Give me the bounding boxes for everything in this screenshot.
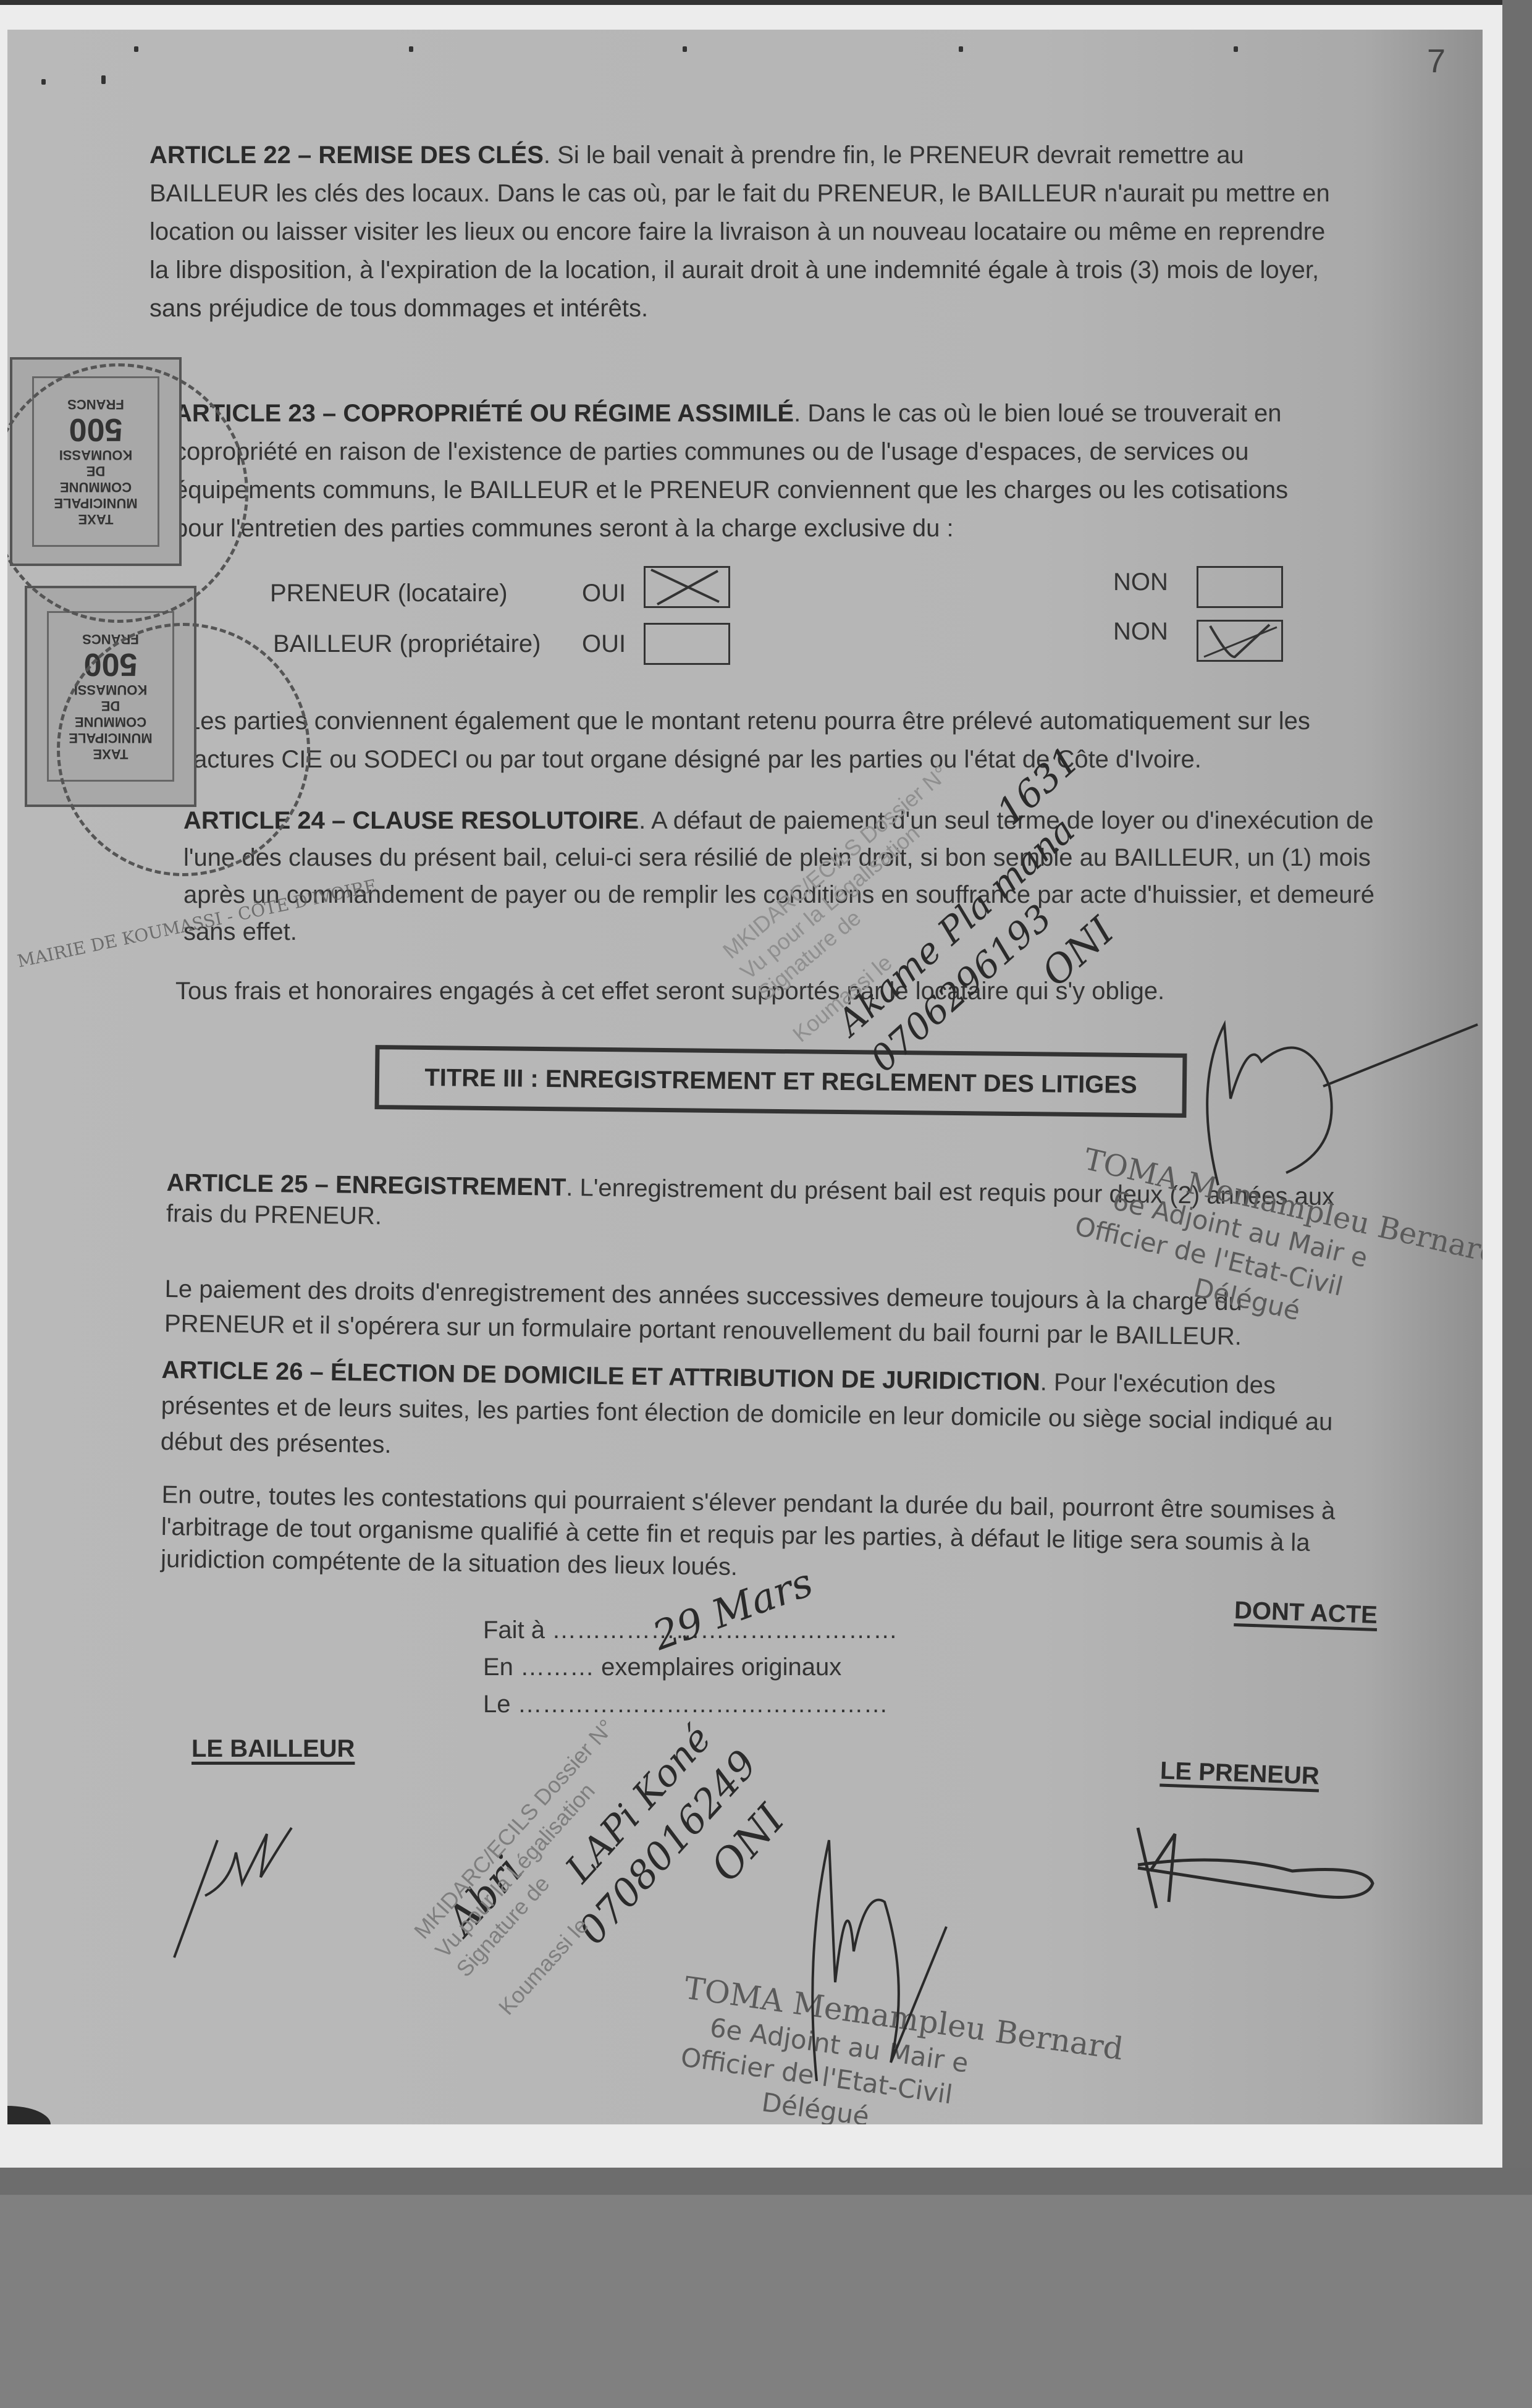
preneur-non-checkbox[interactable] — [1197, 566, 1283, 608]
article-23-line: copropriété en raison de l'existence de … — [174, 433, 1453, 471]
article-26: ARTICLE 26 – ÉLECTION DE DOMICILE ET ATT… — [161, 1352, 1422, 1477]
article-23-heading: ARTICLE 23 – COPROPRIÉTÉ OU RÉGIME ASSIM… — [174, 400, 794, 427]
scan-dot — [409, 46, 413, 52]
check-mark-icon — [645, 567, 728, 606]
scanner-edge-bottom — [0, 2168, 1532, 2195]
article-22-line: la libre disposition, à l'expiration de … — [149, 251, 1453, 289]
official-signature-upper — [1181, 1012, 1483, 1198]
article-22-line: location ou laisser visiter les lieux ou… — [149, 213, 1453, 251]
document-page: 7 ARTICLE 22 – REMISE DES CLÉS. Si le ba… — [7, 30, 1483, 2124]
lower-official-signature — [798, 1828, 983, 2087]
scan-dot — [101, 75, 106, 84]
section-title: TITRE III : ENREGISTREMENT ET REGLEMENT … — [424, 1063, 1137, 1099]
option-preneur: PRENEUR (locataire) OUI — [270, 580, 508, 607]
oui-label: OUI — [582, 630, 626, 658]
article-23-line: factures CIE ou SODECI ou par tout organ… — [187, 740, 1447, 779]
article-23: ARTICLE 23 – COPROPRIÉTÉ OU RÉGIME ASSIM… — [174, 394, 1453, 547]
municipal-seal — [57, 623, 310, 876]
page-number: 7 — [1427, 42, 1446, 80]
article-22: ARTICLE 22 – REMISE DES CLÉS. Si le bail… — [149, 136, 1453, 327]
article-23-line: ARTICLE 23 – COPROPRIÉTÉ OU RÉGIME ASSIM… — [174, 394, 1453, 433]
article-23-line: Les parties conviennent également que le… — [187, 702, 1447, 740]
article-24-fees: Tous frais et honoraires engagés à cet e… — [175, 972, 1164, 1010]
bailleur-signature — [162, 1809, 335, 1964]
le-bailleur-label: LE BAILLEUR — [192, 1735, 355, 1763]
article-22-line: sans préjudice de tous dommages et intér… — [149, 289, 1453, 327]
option-bailleur: BAILLEUR (propriétaire) OUI — [273, 630, 541, 658]
exemplaires-field: En ……… exemplaires originaux — [483, 1649, 898, 1686]
article-22-line: BAILLEUR les clés des locaux. Dans le ca… — [149, 174, 1453, 213]
preneur-signature — [1132, 1822, 1391, 1914]
option-party-label: BAILLEUR (propriétaire) — [273, 630, 541, 657]
scanner-edge-right — [1502, 0, 1532, 2169]
page-corner-shadow — [7, 2106, 51, 2124]
non-label: NON — [1113, 618, 1168, 646]
article-23-continued: Les parties conviennent également que le… — [187, 702, 1447, 779]
check-mark-icon — [1198, 621, 1281, 659]
date-field: Le ……………………………………… — [483, 1686, 898, 1723]
le-preneur-label: LE PRENEUR — [1160, 1757, 1319, 1791]
scan-dot — [959, 46, 963, 52]
dont-acte-label: DONT ACTE — [1234, 1597, 1378, 1629]
scan-dot — [683, 46, 687, 52]
section-title-box: TITRE III : ENREGISTREMENT ET REGLEMENT … — [374, 1045, 1187, 1118]
article-23-line: équipements communs, le BAILLEUR et le P… — [174, 471, 1453, 509]
scan-dot — [41, 79, 46, 85]
scan-dot — [134, 46, 138, 52]
scan-dot — [1234, 46, 1238, 52]
article-22-line: ARTICLE 22 – REMISE DES CLÉS. Si le bail… — [149, 136, 1453, 174]
article-24-line: ARTICLE 24 – CLAUSE RESOLUTOIRE. A défau… — [183, 802, 1450, 839]
option-party-label: PRENEUR (locataire) — [270, 580, 508, 607]
oui-label: OUI — [582, 580, 626, 607]
non-label: NON — [1113, 568, 1168, 596]
article-22-heading: ARTICLE 22 – REMISE DES CLÉS — [149, 142, 544, 169]
article-23-line: pour l'entretien des parties communes se… — [174, 509, 1453, 547]
bailleur-oui-checkbox[interactable] — [644, 623, 730, 665]
